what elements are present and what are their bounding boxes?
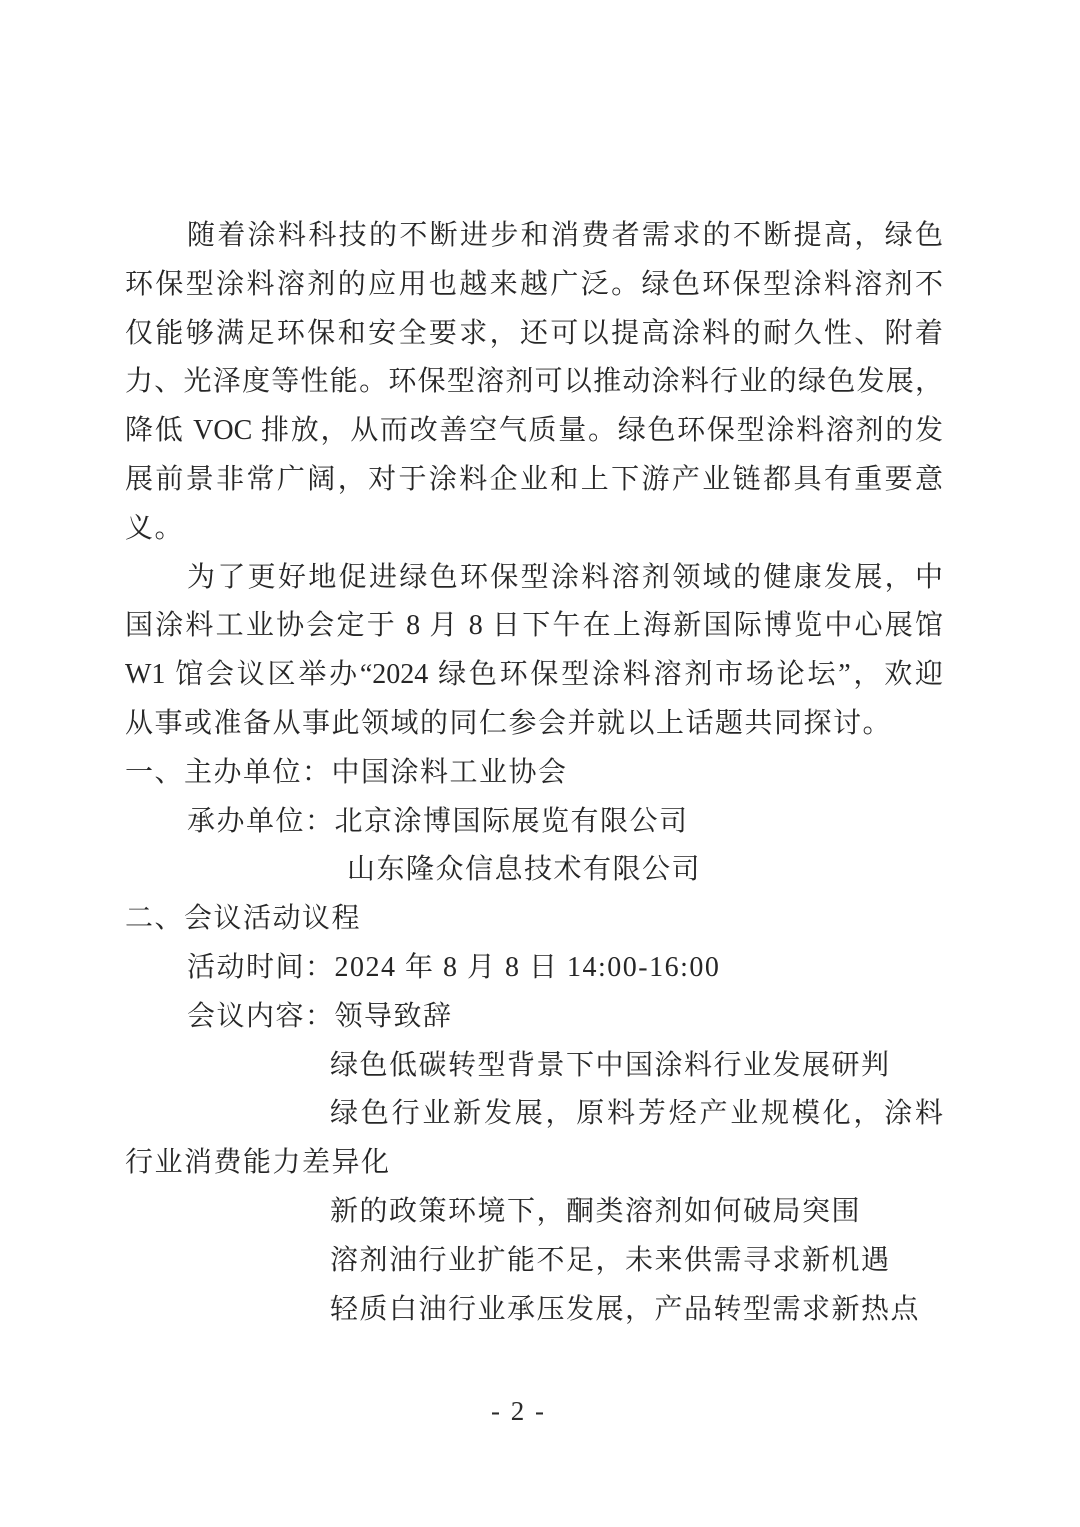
document-body: 随着涂料科技的不断进步和消费者需求的不断提高，绿色环保型涂料溶剂的应用也越来越广… <box>125 212 943 1334</box>
doc-line: 国涂料工业协会定于 8 月 8 日下午在上海新国际博览中心展馆 <box>125 602 943 651</box>
doc-line: 活动时间：2024 年 8 月 8 日 14:00-16:00 <box>125 944 943 993</box>
doc-line: 山东隆众信息技术有限公司 <box>125 846 943 895</box>
doc-line: 展前景非常广阔，对于涂料企业和上下游产业链都具有重要意 <box>125 456 943 505</box>
doc-line: 二、会议活动议程 <box>125 895 943 944</box>
doc-line: W1 馆会议区举办“2024 绿色环保型涂料溶剂市场论坛”，欢迎 <box>125 651 943 700</box>
doc-line: 溶剂油行业扩能不足，未来供需寻求新机遇 <box>125 1237 943 1286</box>
doc-line: 行业消费能力差异化 <box>125 1139 943 1188</box>
page-number: - 2 - <box>491 1396 546 1426</box>
doc-line: 绿色行业新发展，原料芳烃产业规模化，涂料 <box>125 1090 943 1139</box>
doc-line: 仅能够满足环保和安全要求，还可以提高涂料的耐久性、附着 <box>125 310 943 359</box>
doc-line: 绿色低碳转型背景下中国涂料行业发展研判 <box>125 1042 943 1091</box>
doc-line: 义。 <box>125 505 943 554</box>
doc-line: 降低 VOC 排放，从而改善空气质量。绿色环保型涂料溶剂的发 <box>125 407 943 456</box>
doc-line: 从事或准备从事此领域的同仁参会并就以上话题共同探讨。 <box>125 700 943 749</box>
page-footer: - 2 - <box>0 1396 1037 1427</box>
doc-line: 随着涂料科技的不断进步和消费者需求的不断提高，绿色 <box>125 212 943 261</box>
doc-line: 力、光泽度等性能。环保型溶剂可以推动涂料行业的绿色发展， <box>125 358 943 407</box>
doc-line: 环保型涂料溶剂的应用也越来越广泛。绿色环保型涂料溶剂不 <box>125 261 943 310</box>
doc-line: 会议内容：领导致辞 <box>125 993 943 1042</box>
doc-line: 轻质白油行业承压发展，产品转型需求新热点 <box>125 1286 943 1335</box>
doc-line: 承办单位：北京涂博国际展览有限公司 <box>125 798 943 847</box>
doc-line: 一、主办单位：中国涂料工业协会 <box>125 749 943 798</box>
document-page: 随着涂料科技的不断进步和消费者需求的不断提高，绿色环保型涂料溶剂的应用也越来越广… <box>0 0 1080 1527</box>
doc-line: 新的政策环境下，酮类溶剂如何破局突围 <box>125 1188 943 1237</box>
doc-line: 为了更好地促进绿色环保型涂料溶剂领域的健康发展，中 <box>125 554 943 603</box>
